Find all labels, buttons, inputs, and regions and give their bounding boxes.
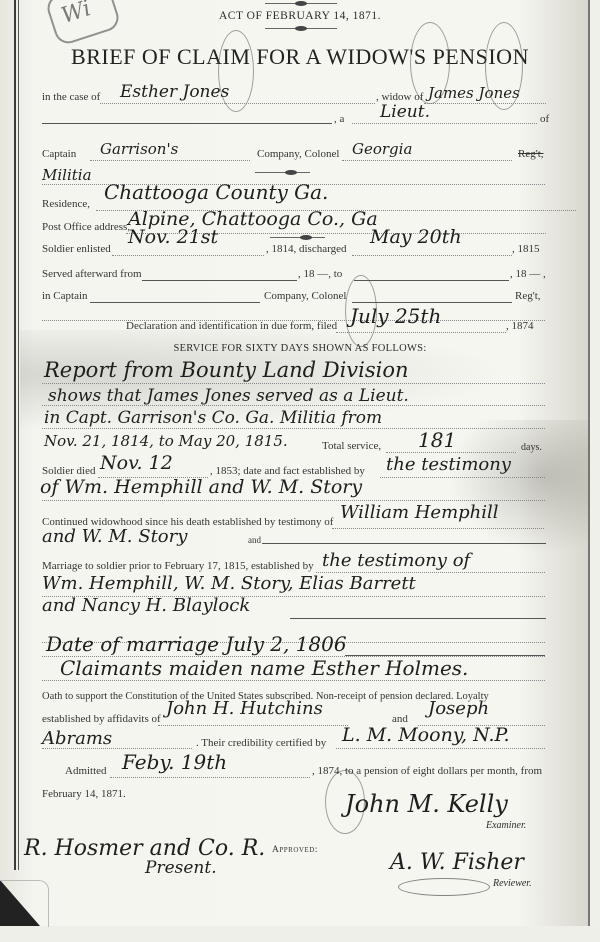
attorney-note: Present. [145, 858, 217, 878]
ornament-rule [270, 237, 325, 238]
declaration-value: July 25th [350, 304, 441, 328]
service-line [42, 428, 545, 429]
widowhood-continuation: and W. M. Story [42, 526, 187, 547]
admitted-from-date: February 14, 1871. [42, 788, 126, 800]
marriage-label: Marriage to soldier prior to February 17… [42, 560, 314, 572]
colonel-line [342, 160, 512, 161]
corner-fold [0, 880, 49, 927]
in-captain-mid: Company, Colonel [264, 290, 346, 302]
in-captain-line [90, 302, 260, 303]
enlisted-label: Soldier enlisted [42, 243, 111, 255]
total-service-value: 181 [418, 428, 456, 452]
approved-label: Approved: [272, 845, 318, 855]
reviewer-title: Reviewer. [493, 878, 532, 889]
signature-flourish [398, 878, 490, 896]
rank-line [352, 123, 537, 124]
served-afterward-end: , 18 — , [510, 268, 546, 280]
marriage-continuation-2: and Nancy H. Blaylock [42, 595, 250, 616]
left-border-rule-inner [18, 0, 19, 870]
captain-line [90, 160, 250, 161]
scan-margin [0, 926, 600, 942]
marriage-date-note: Date of marriage July 2, 1806 [46, 632, 347, 656]
enlisted-year: , 1814, discharged [266, 243, 346, 255]
discharged-year: , 1815 [512, 243, 540, 255]
admitted-line [110, 777, 310, 778]
case-label: in the case of [42, 91, 100, 103]
widowhood-second-line [262, 543, 546, 544]
credibility-label: . Their credibility certified by [196, 737, 326, 749]
captain-value: Garrison's [100, 140, 178, 158]
widowhood-and-label: and [248, 535, 261, 545]
declaration-year: , 1874 [506, 320, 534, 332]
affidavit-1-value: John H. Hutchins [166, 698, 323, 719]
page-edge [588, 0, 590, 926]
service-line-4: Nov. 21, 1814, to May 20, 1815. [44, 432, 288, 450]
captain-label: Captain [42, 148, 76, 160]
discharged-line [352, 255, 512, 256]
case-value: Esther Jones [120, 82, 229, 102]
act-heading: ACT OF FEBRUARY 14, 1871. [0, 10, 600, 22]
residence-label: Residence, [42, 198, 90, 210]
declaration-label: Declaration and identification in due fo… [126, 320, 337, 332]
regt-label-struck: Reg't, [518, 148, 544, 160]
in-captain-label: in Captain [42, 290, 88, 302]
affidavit-1-line [158, 725, 348, 726]
ornament-rule [255, 172, 310, 173]
rank-value: Lieut. [380, 102, 430, 122]
marriage-continuation-1: Wm. Hemphill, W. M. Story, Elias Barrett [42, 573, 416, 594]
declaration-line [336, 332, 506, 333]
ornament-rule [265, 28, 337, 29]
service-line-1: Report from Bounty Land Division [44, 358, 409, 382]
admitted-label: Admitted [65, 765, 107, 777]
unit-continuation: Militia [42, 166, 92, 184]
death-established-line [380, 477, 545, 478]
colonel-value: Georgia [352, 140, 412, 158]
credibility-line [336, 748, 545, 749]
widow-of-value: James Jones [428, 84, 520, 102]
widowhood-line [332, 528, 544, 529]
served-to-line [354, 280, 509, 281]
examiner-signature: John M. Kelly [345, 790, 508, 818]
death-value: Nov. 12 [100, 452, 173, 474]
in-captain-end: Reg't, [515, 290, 541, 302]
credibility-value: L. M. Moony, N.P. [342, 724, 510, 746]
served-from-line [142, 280, 297, 281]
in-colonel-line [352, 302, 512, 303]
service-line-3: in Capt. Garrison's Co. Ga. Militia from [44, 408, 382, 428]
left-border-rule [14, 0, 16, 870]
company-colonel-label: Company, Colonel [257, 148, 339, 160]
admitted-value: Feby. 19th [122, 750, 227, 774]
death-continuation: of Wm. Hemphill and W. M. Story [40, 476, 362, 498]
served-afterward-label: Served afterward from [42, 268, 142, 280]
widow-of-line [424, 103, 546, 104]
affidavits-label: established by affidavits of [42, 713, 161, 725]
death-continuation-line [42, 500, 545, 501]
served-afterward-mid: , 18 —, to [298, 268, 342, 280]
service-line-2: shows that James Jones served as a Lieut… [48, 386, 409, 406]
blank-line [42, 123, 332, 124]
post-office-label: Post Office address, [42, 221, 130, 233]
case-line [100, 103, 375, 104]
ornament-rule [265, 3, 337, 4]
marriage-end-line [290, 618, 546, 619]
enlisted-value: Nov. 21st [128, 226, 218, 248]
widowhood-value: William Hemphill [340, 502, 499, 523]
enlisted-line [112, 255, 264, 256]
maiden-name-line [42, 680, 545, 681]
discharged-value: May 20th [370, 226, 462, 248]
total-service-unit: days. [521, 442, 542, 453]
total-service-line [386, 452, 516, 453]
death-established-by: the testimony [386, 454, 511, 475]
maiden-name-note: Claimants maiden name Esther Holmes. [60, 656, 468, 680]
service-line [42, 383, 545, 384]
of-label: of [540, 113, 549, 125]
total-service-label: Total service, [322, 440, 381, 452]
reviewer-signature: A. W. Fisher [390, 850, 524, 875]
marriage-value: the testimony of [322, 550, 470, 571]
residence-value: Chattooga County Ga. [104, 180, 328, 204]
admitted-text: , 1874, to a pension of eight dollars pe… [312, 765, 542, 777]
examiner-title: Examiner. [486, 820, 526, 831]
affidavit-2-value: Joseph [428, 698, 489, 719]
affidavit-2-continuation: Abrams [42, 728, 112, 749]
service-heading: SERVICE FOR SIXTY DAYS SHOWN AS FOLLOWS: [0, 343, 600, 354]
a-label: , a [334, 113, 344, 125]
